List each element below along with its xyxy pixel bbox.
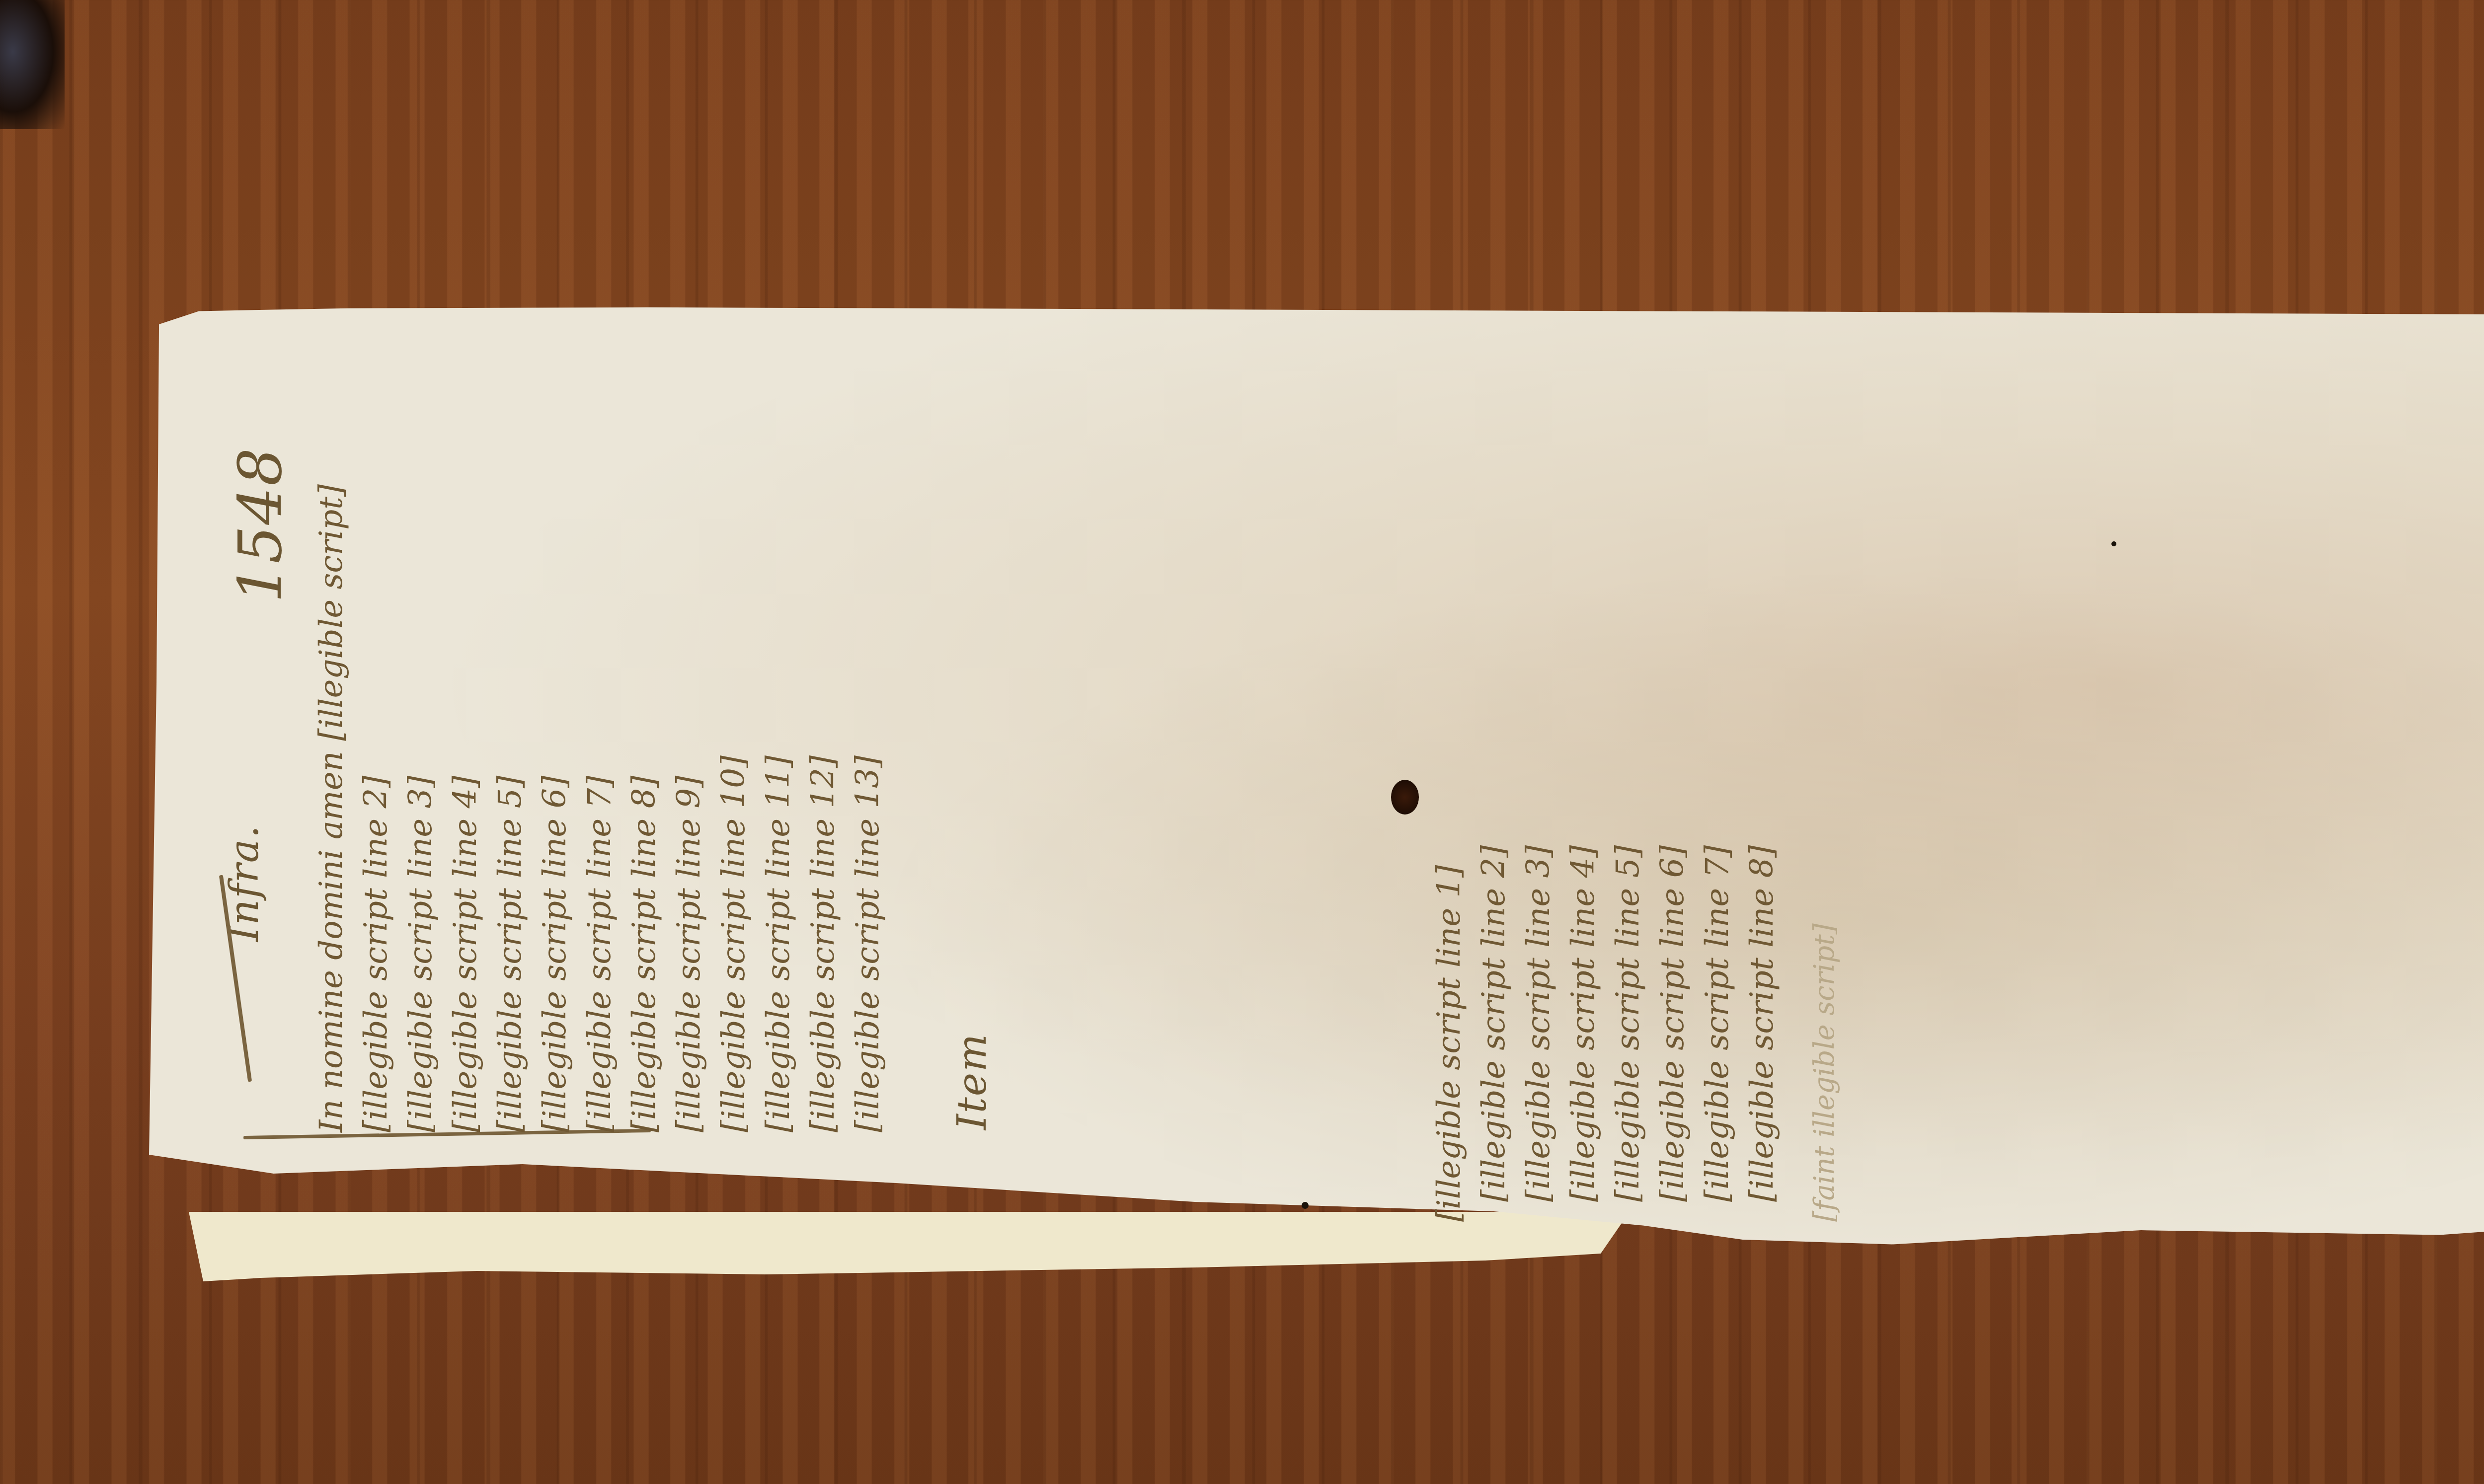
paper-hole (1391, 780, 1419, 815)
script-line: [illegible script line 9] (671, 358, 707, 1132)
script-line: [illegible script line 5] (492, 358, 529, 1132)
script-line: [illegible script line 2] (1475, 387, 1512, 1202)
script-line: [illegible script line 6] (537, 358, 573, 1132)
signature-mark: Item (949, 1033, 995, 1130)
ink-dot (1302, 1202, 1309, 1209)
script-line: [illegible script line 6] (1654, 387, 1691, 1202)
script-line: [illegible script line 13] (850, 695, 886, 1132)
script-line: [illegible script line 11] (760, 358, 797, 1132)
script-line: [illegible script line 7] (581, 358, 618, 1132)
underlying-paper-sheet (189, 1212, 1630, 1281)
script-line: [illegible script line 1] (1431, 387, 1468, 1222)
script-line: [illegible script line 12] (805, 358, 842, 1132)
script-line: [illegible script line 4] (447, 358, 484, 1132)
script-line: [illegible script line 10] (715, 358, 752, 1132)
script-line: [illegible script line 8] (626, 358, 663, 1132)
script-line: [illegible script line 4] (1565, 387, 1602, 1202)
script-line: [illegible script line 8] (1744, 387, 1781, 1202)
script-line: [illegible script line 3] (1520, 387, 1557, 1202)
script-line: In nomine domini amen [illegible script] (313, 358, 350, 1132)
faint-note: [faint illegible script] (1808, 874, 1841, 1222)
ink-dot (2111, 541, 2116, 546)
script-line: [illegible script line 7] (1699, 387, 1736, 1202)
script-line: [illegible script line 5] (1610, 387, 1646, 1202)
heading-right-label: 1548 (226, 447, 295, 602)
script-line: [illegible script line 2] (358, 358, 394, 1132)
script-line: [illegible script line 3] (402, 358, 439, 1132)
dark-object-corner (0, 0, 65, 129)
